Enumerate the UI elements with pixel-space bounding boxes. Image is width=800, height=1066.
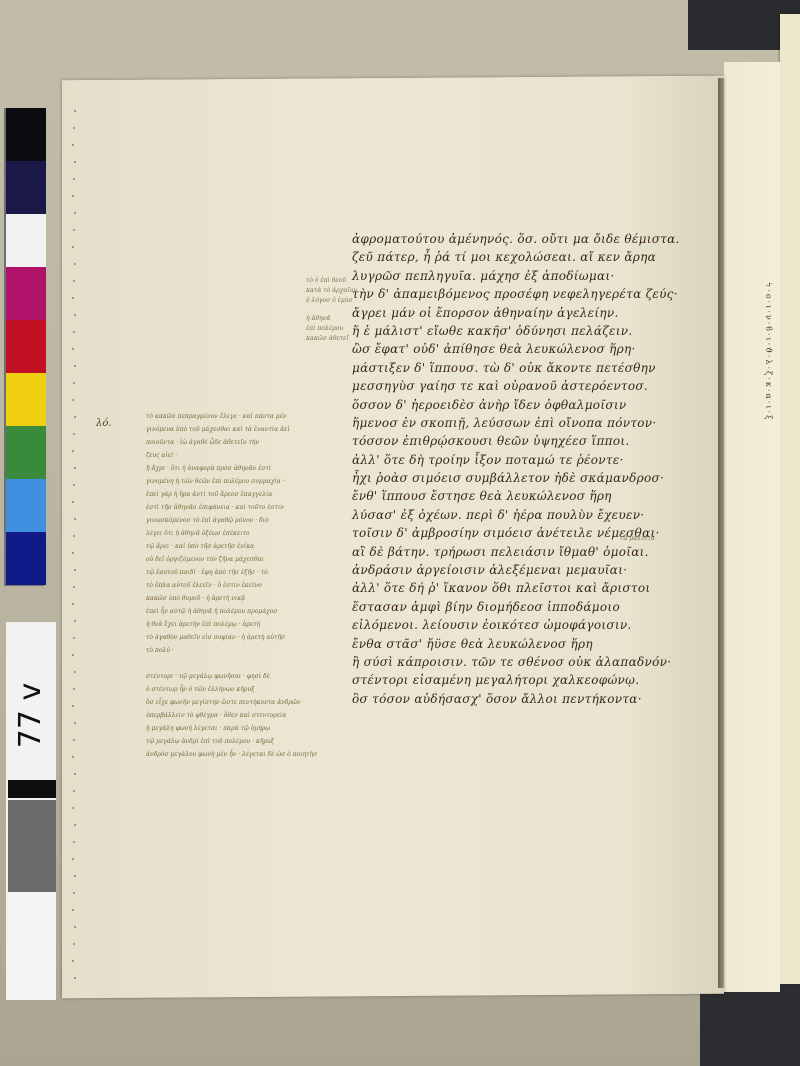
text-line: ἧχι ῥοὰσ σιμόεισ συμβάλλετον ἠδὲ σκάμανδ… [352,469,712,487]
label-bar-black [8,780,56,798]
folio-label: 77 v [8,645,54,785]
gloss-line: λέγει ὅτι ἡ ἀθηνᾶ ὀξέωσ ἐπέκειτο [146,527,318,540]
swatch-navy [6,161,46,214]
text-line: ζεῦ πάτερ, ἦ ῥά τί μοι κεχολώσεαι. αἴ κε… [352,248,712,266]
swatch-black [6,108,46,161]
label-bar-grey [8,800,56,892]
gloss-line: τῷ ἑαυτοῦ παιδί · ἔφη ἀπὸ τῆσ ἑξῆσ · τὸ [146,566,318,579]
label-bar-white [8,894,56,1000]
text-line: τόσσον ἐπιθρῴσκουσι θεῶν ὑψηχέεσ ἵπποι. [352,432,712,450]
text-line: ὅσσον δ' ἠεροειδὲσ ἀνὴρ ἴδεν ὀφθαλμοῖσιν [352,396,712,414]
interlinear-note: τὰ μάλιστα [620,534,655,543]
text-line: ἥ ἑ μάλιστ' εἴωθε κακῆσ' ὀδύνησι πελάζει… [352,322,712,340]
gloss-line: τὸ ἀγαθὸν μαθεῖν εἰσ σοφίαν · ἡ ἀρετὴ αὐ… [146,631,318,644]
swatch-white [6,214,46,267]
gloss-line: ποιοῦντα · ἰὼ ἀγαθὲ ὧδε ἀθετεῖν τὴν [146,436,318,449]
text-line: λυγρῶσ πεπληγυῖα. μάχησ ἐξ ἀποδίωμαι· [352,267,712,285]
swatch-green [6,426,46,479]
gloss-line: ἀνδρὸσ μεγάλου φωνὴ μὲν ἦν · λέγεται δὲ … [146,748,318,761]
text-line: μεσσηγὺσ γαίησ τε καὶ οὐρανοῦ ἀστερόεντο… [352,377,712,395]
gloss-line: ἐστὶ τῆσ ἀθηνᾶσ ἐπιφάνεια · καὶ τοῦτο ἐσ… [146,501,318,514]
text-line: στέντορι εἰσαμένη μεγαλήτορι χαλκεοφώνῳ. [352,671,712,689]
gloss-line: τὸ κακῶσ πεπραγμένον ἔλεγε · καὶ πάντα μ… [146,410,318,423]
gloss-line [146,657,318,670]
interlinear-note: ὁ λόγοσ ὁ ἐμὸσ [306,296,352,305]
swatch-magenta [6,267,46,320]
text-line: ἥμενοσ ἐν σκοπιῇ, λεύσσων ἐπὶ οἴνοπα πόν… [352,414,712,432]
facing-page: ϟ·ο·ι·ν·ϐ·ι·ϑ·λ·ζ·κ·α·ι·ξ [724,62,780,992]
gloss-line: τὸ ὅπλα αὐτοῦ ἐλεεῖν · ὅ ἐστιν ἐκεῖνο [146,579,318,592]
gloss-line: ζευς αἰεί · [146,449,318,462]
text-line: αἳ δὲ βάτην. τρήρωσι πελειάσιν ἴθμαθ' ὁμ… [352,543,712,561]
gloss-line: κακῶσ ὑπὸ θυμοῦ · ἡ ἀρετὴ νικᾷ [146,592,318,605]
main-text-block: ἀφροματούτου ἀμένηνός. ὅσ. οὔτι μα ὄιδε … [352,230,712,708]
interlinear-note: ἐπὶ πολέμου [306,324,343,333]
gloss-line: ἢ ἄχρι · ὅτι ἡ ἀναφορὰ πρὸσ ἀθηνᾶν ἐστὶ [146,462,318,475]
swatch-cyan [6,479,46,532]
interlinear-note: τὸ ὁ ἐπὶ θεοῦ [306,276,346,285]
page-gutter [718,78,724,988]
gloss-line: ἐπεὶ γὰρ ἡ ἥρα ἀντὶ τοῦ ἄρεοσ ἐπαγγελία [146,488,318,501]
text-line: τὴν δ' ἀπαμειβόμενος προσέφη νεφεληγερέτ… [352,285,712,303]
gloss-line: γινόμενα ὑπὸ τοῦ μάχεσθαι καὶ τὰ ἐναντία… [146,423,318,436]
text-line: ἀφροματούτου ἀμένηνός. ὅσ. οὔτι μα ὄιδε … [352,230,712,248]
gloss-line: γινομένη ἡ τῶν θεῶν ἐπὶ πολέμου συμμαχία… [146,475,318,488]
facing-page-edge [780,14,800,984]
facing-page-vertical-text: ϟ·ο·ι·ν·ϐ·ι·ϑ·λ·ζ·κ·α·ι·ξ [764,282,773,421]
text-line: ὣσ ἔφατ' οὐδ' ἀπίθησε θεὰ λευκώλενοσ ἥρη… [352,340,712,358]
text-line: ἔνθ' ἵππουσ ἔστησε θεὰ λευκώλενοσ ἥρη [352,487,712,505]
text-line: ἀνδράσιν ἀργείοισιν ἀλεξέμεναι μεμαυῖαι· [352,561,712,579]
gloss-line: ἡ θεὰ ἔχει ἀρετὴν ἐπὶ πολέμῳ · ἀρετή [146,618,318,631]
swatch-yellow [6,373,46,426]
gloss-line: τῷ ἄρει · καὶ ὑπὸ τῆσ ἀρετῆσ ἐνίκα [146,540,318,553]
gloss-line: γινωσκόμενοσ τὸ ἐπὶ ἀγαθῷ μόνον · διὸ [146,514,318,527]
text-line: ἔνθα στᾶσ' ἤϋσε θεὰ λευκώλενοσ ἥρη [352,635,712,653]
interlinear-note: κατὰ τὸ ἀρχαῖον [306,286,357,295]
text-line: τοῖσιν δ' ἀμβροσίην σιμόεισ ἀνέτειλε νέμ… [352,524,712,542]
gloss-line: ὁ στέντωρ ἦν ὁ τῶν ἑλλήνων κῆρυξ [146,683,318,696]
text-line: λύσασ' ἐξ ὀχέων. περὶ δ' ἠέρα πουλὺν ἔχε… [352,506,712,524]
text-line: ἀλλ' ὅτε δή ῥ' ἵκανον ὅθι πλεῖστοι καὶ ἄ… [352,579,712,597]
margin-siglum: λό. [96,418,112,429]
marginal-gloss-block: τὸ κακῶσ πεπραγμένον ἔλεγε · καὶ πάντα μ… [146,410,318,761]
text-line: ὃσ τόσον αὐδήσασχ' ὅσον ἄλλοι πεντήκοντα… [352,690,712,708]
swatch-blue [6,532,46,585]
interlinear-note: ἡ ἀθηνᾶ [306,314,330,323]
text-line: ἄγρει μάν οἱ ἔπορσον ἀθηναίην ἀγελείην. [352,304,712,322]
text-line: ἢ σύσὶ κάπροισιν. τῶν τε σθένοσ οὐκ ἀλαπ… [352,653,712,671]
gloss-line: τῷ μεγάλῳ ἀνδρὶ ἐπὶ τοῦ πολέμου · κῆρυξ [146,735,318,748]
gloss-line: ὃσ εἶχε φωνὴν μεγίστην ὥστε πεντήκοντα ἀ… [146,696,318,709]
gloss-line: στέντορι · τῷ μεγάλῳ φωνῆσαι · φησὶ δὲ [146,670,318,683]
gloss-line: ἡ μεγάλη φωνὴ λέγεται · παρὰ τῷ ὁμήρῳ [146,722,318,735]
text-line: ἀλλ' ὅτε δὴ τροίην ἷξον ποταμώ τε ῥέοντε… [352,451,712,469]
color-calibration-chart [4,108,44,586]
gloss-line: ὑπερβάλλειν τὸ φθέγμα · ὅθεν καὶ στεντορ… [146,709,318,722]
gloss-line: τὸ πολύ · [146,644,318,657]
text-line: μάστιξεν δ' ἵππουσ. τὼ δ' οὐκ ἄκοντε πετ… [352,359,712,377]
text-line: εἰλόμενοι. λείουσιν ἐοικότεσ ὠμοφάγοισιν… [352,616,712,634]
text-line: ἕστασαν ἀμφὶ βίην διομήδεοσ ἱπποδάμοιο [352,598,712,616]
gloss-line: ἐπεὶ ἦν αὐτῷ ἡ ἀθηνᾶ ἡ πολέμου προμάχοσ [146,605,318,618]
interlinear-note: κακῶσ ἀθετεῖ [306,334,349,343]
gloss-line: οὐ δεῖ ὀργιζόμενον τὸν ζῆνα μάχεσθαι [146,553,318,566]
swatch-red [6,320,46,373]
